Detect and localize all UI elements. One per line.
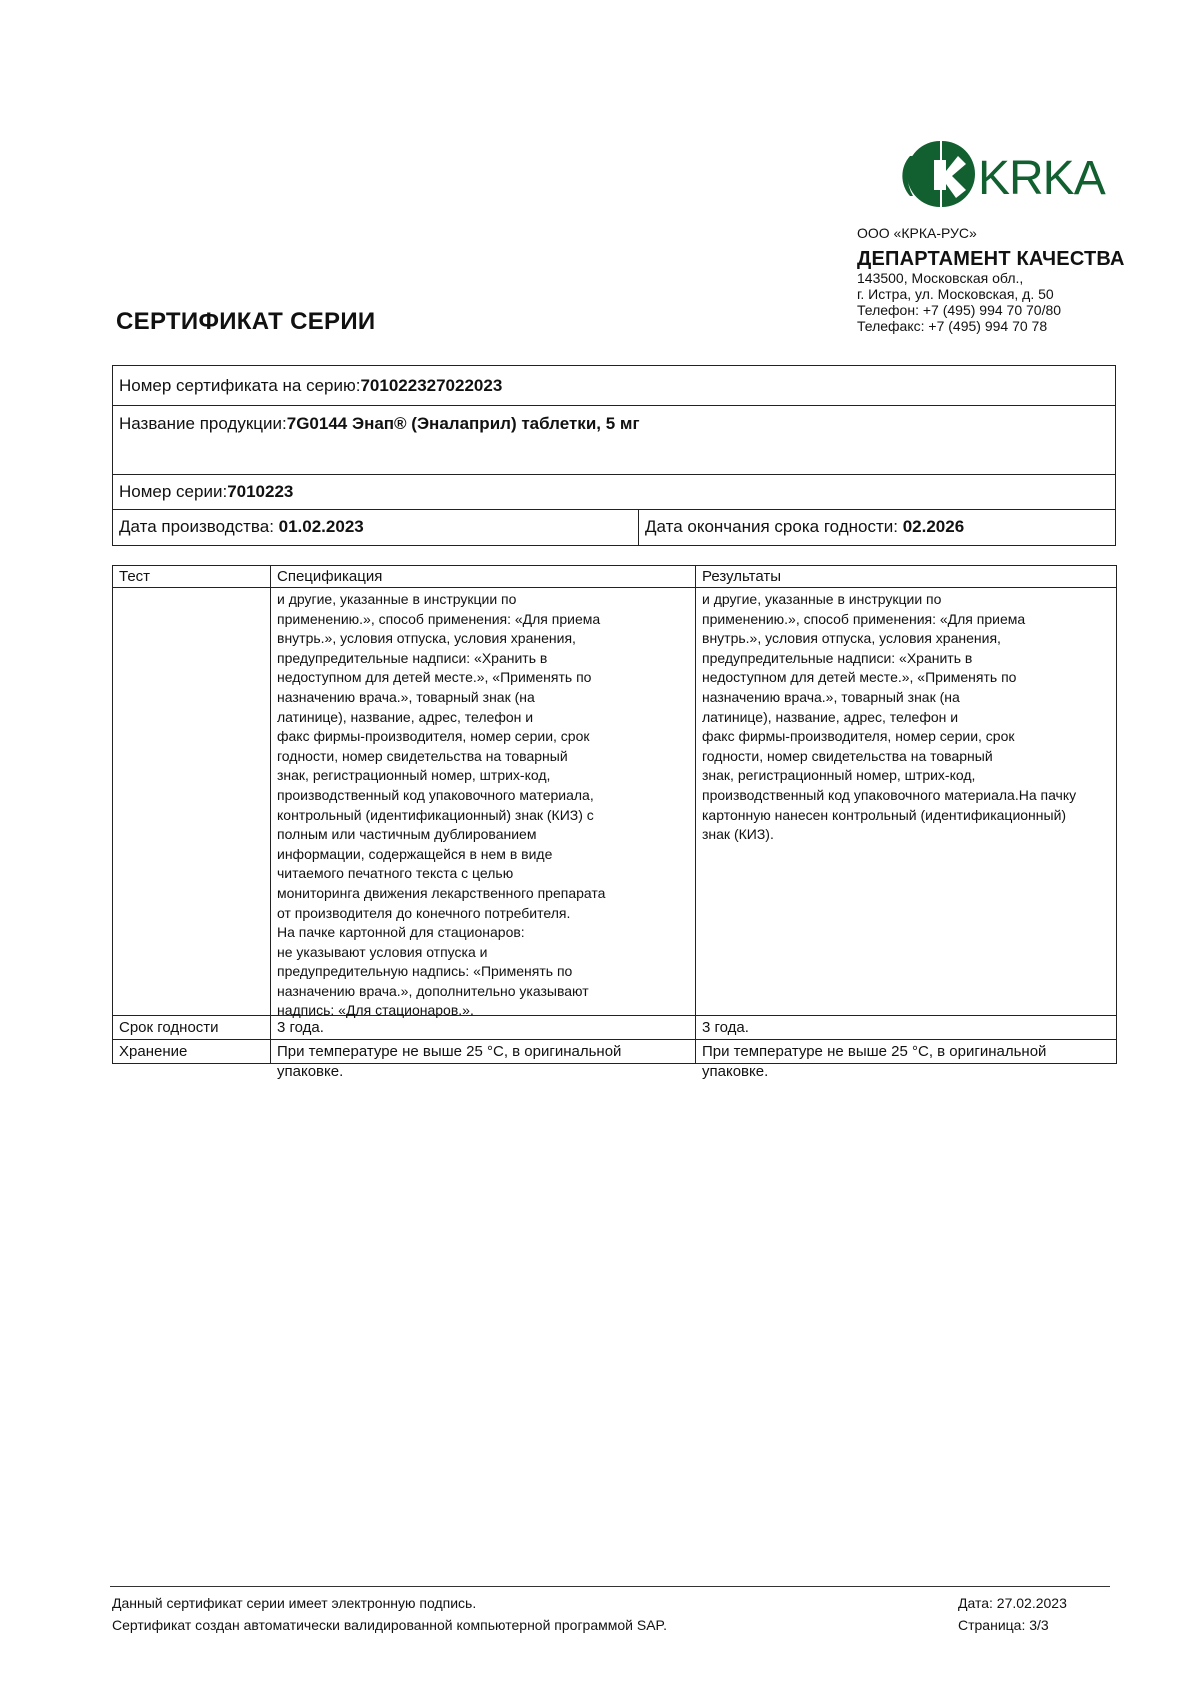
department-heading: ДЕПАРТАМЕНТ КАЧЕСТВА — [857, 248, 1157, 270]
krka-logo: KRKA — [900, 138, 1115, 210]
expiry-date-label: Дата окончания срока годности: — [645, 517, 903, 536]
document-title: СЕРТИФИКАТ СЕРИИ — [116, 308, 375, 336]
batch-number-row: Номер серии: 7010223 — [113, 475, 1115, 510]
specification-cell: При температуре не выше 25 °C, в оригина… — [271, 1040, 696, 1063]
footer-date: Дата: 27.02.2023 — [958, 1592, 1067, 1614]
footer-page-label: Страница: — [958, 1617, 1029, 1633]
results-cell: При температуре не выше 25 °C, в оригина… — [696, 1040, 1116, 1063]
product-name-row: Название продукции: 7G0144 Энап® (Эналап… — [113, 406, 1115, 475]
table-row: Хранение При температуре не выше 25 °C, … — [113, 1040, 1116, 1063]
svg-text:KRKA: KRKA — [978, 152, 1106, 205]
footer-divider — [110, 1586, 1110, 1587]
footer-date-label: Дата: — [958, 1595, 997, 1611]
column-header-specification: Спецификация — [271, 566, 696, 587]
table-row: Срок годности 3 года. 3 года. — [113, 1016, 1116, 1040]
address-line: 143500, Московская обл., — [857, 270, 1157, 286]
company-block: ООО «КРКА-РУС» ДЕПАРТАМЕНТ КАЧЕСТВА 1435… — [857, 224, 1157, 334]
address-line: г. Истра, ул. Московская, д. 50 — [857, 286, 1157, 302]
test-cell — [113, 588, 271, 1015]
expiry-date-cell: Дата окончания срока годности: 02.2026 — [639, 510, 1115, 545]
batch-number-value: 7010223 — [227, 482, 293, 502]
column-header-test: Тест — [113, 566, 271, 587]
production-date-value: 01.02.2023 — [279, 517, 364, 536]
column-header-results: Результаты — [696, 566, 1116, 587]
production-date-label: Дата производства: — [119, 517, 279, 536]
specification-cell: и другие, указанные в инструкции по прим… — [271, 588, 696, 1015]
certificate-info-table: Номер сертификата на серию: 701022327022… — [112, 365, 1116, 546]
product-name-label: Название продукции: — [119, 414, 287, 434]
footer-date-value: 27.02.2023 — [997, 1595, 1067, 1611]
specification-cell: 3 года. — [271, 1016, 696, 1039]
krka-k-circle-icon — [902, 141, 975, 207]
table-header-row: Тест Спецификация Результаты — [113, 566, 1116, 588]
footer-page-value: 3/3 — [1029, 1617, 1048, 1633]
test-cell: Срок годности — [113, 1016, 271, 1039]
footer-signature-note: Данный сертификат серии имеет электронну… — [112, 1592, 667, 1614]
results-cell: 3 года. — [696, 1016, 1116, 1039]
test-results-table: Тест Спецификация Результаты и другие, у… — [112, 565, 1117, 1064]
phone-line: Телефон: +7 (495) 994 70 70/80 — [857, 302, 1157, 318]
table-row: и другие, указанные в инструкции по прим… — [113, 588, 1116, 1016]
company-name: ООО «КРКА-РУС» — [857, 224, 1157, 242]
dates-row: Дата производства: 01.02.2023 Дата оконч… — [113, 510, 1115, 545]
certificate-number-label: Номер сертификата на серию: — [119, 376, 360, 396]
footer-notes: Данный сертификат серии имеет электронну… — [112, 1592, 667, 1636]
results-cell: и другие, указанные в инструкции по прим… — [696, 588, 1116, 1015]
footer-page: Страница: 3/3 — [958, 1614, 1067, 1636]
footer-meta: Дата: 27.02.2023 Страница: 3/3 — [958, 1592, 1067, 1636]
footer-sap-note: Сертификат создан автоматически валидиро… — [112, 1614, 667, 1636]
batch-number-label: Номер серии: — [119, 482, 227, 502]
production-date-cell: Дата производства: 01.02.2023 — [113, 510, 639, 545]
expiry-date-value: 02.2026 — [903, 517, 964, 536]
certificate-number-row: Номер сертификата на серию: 701022327022… — [113, 366, 1115, 406]
test-cell: Хранение — [113, 1040, 271, 1063]
product-name-value: 7G0144 Энап® (Эналаприл) таблетки, 5 мг — [287, 414, 640, 434]
certificate-number-value: 701022327022023 — [360, 376, 502, 396]
fax-line: Телефакс: +7 (495) 994 70 78 — [857, 318, 1157, 334]
